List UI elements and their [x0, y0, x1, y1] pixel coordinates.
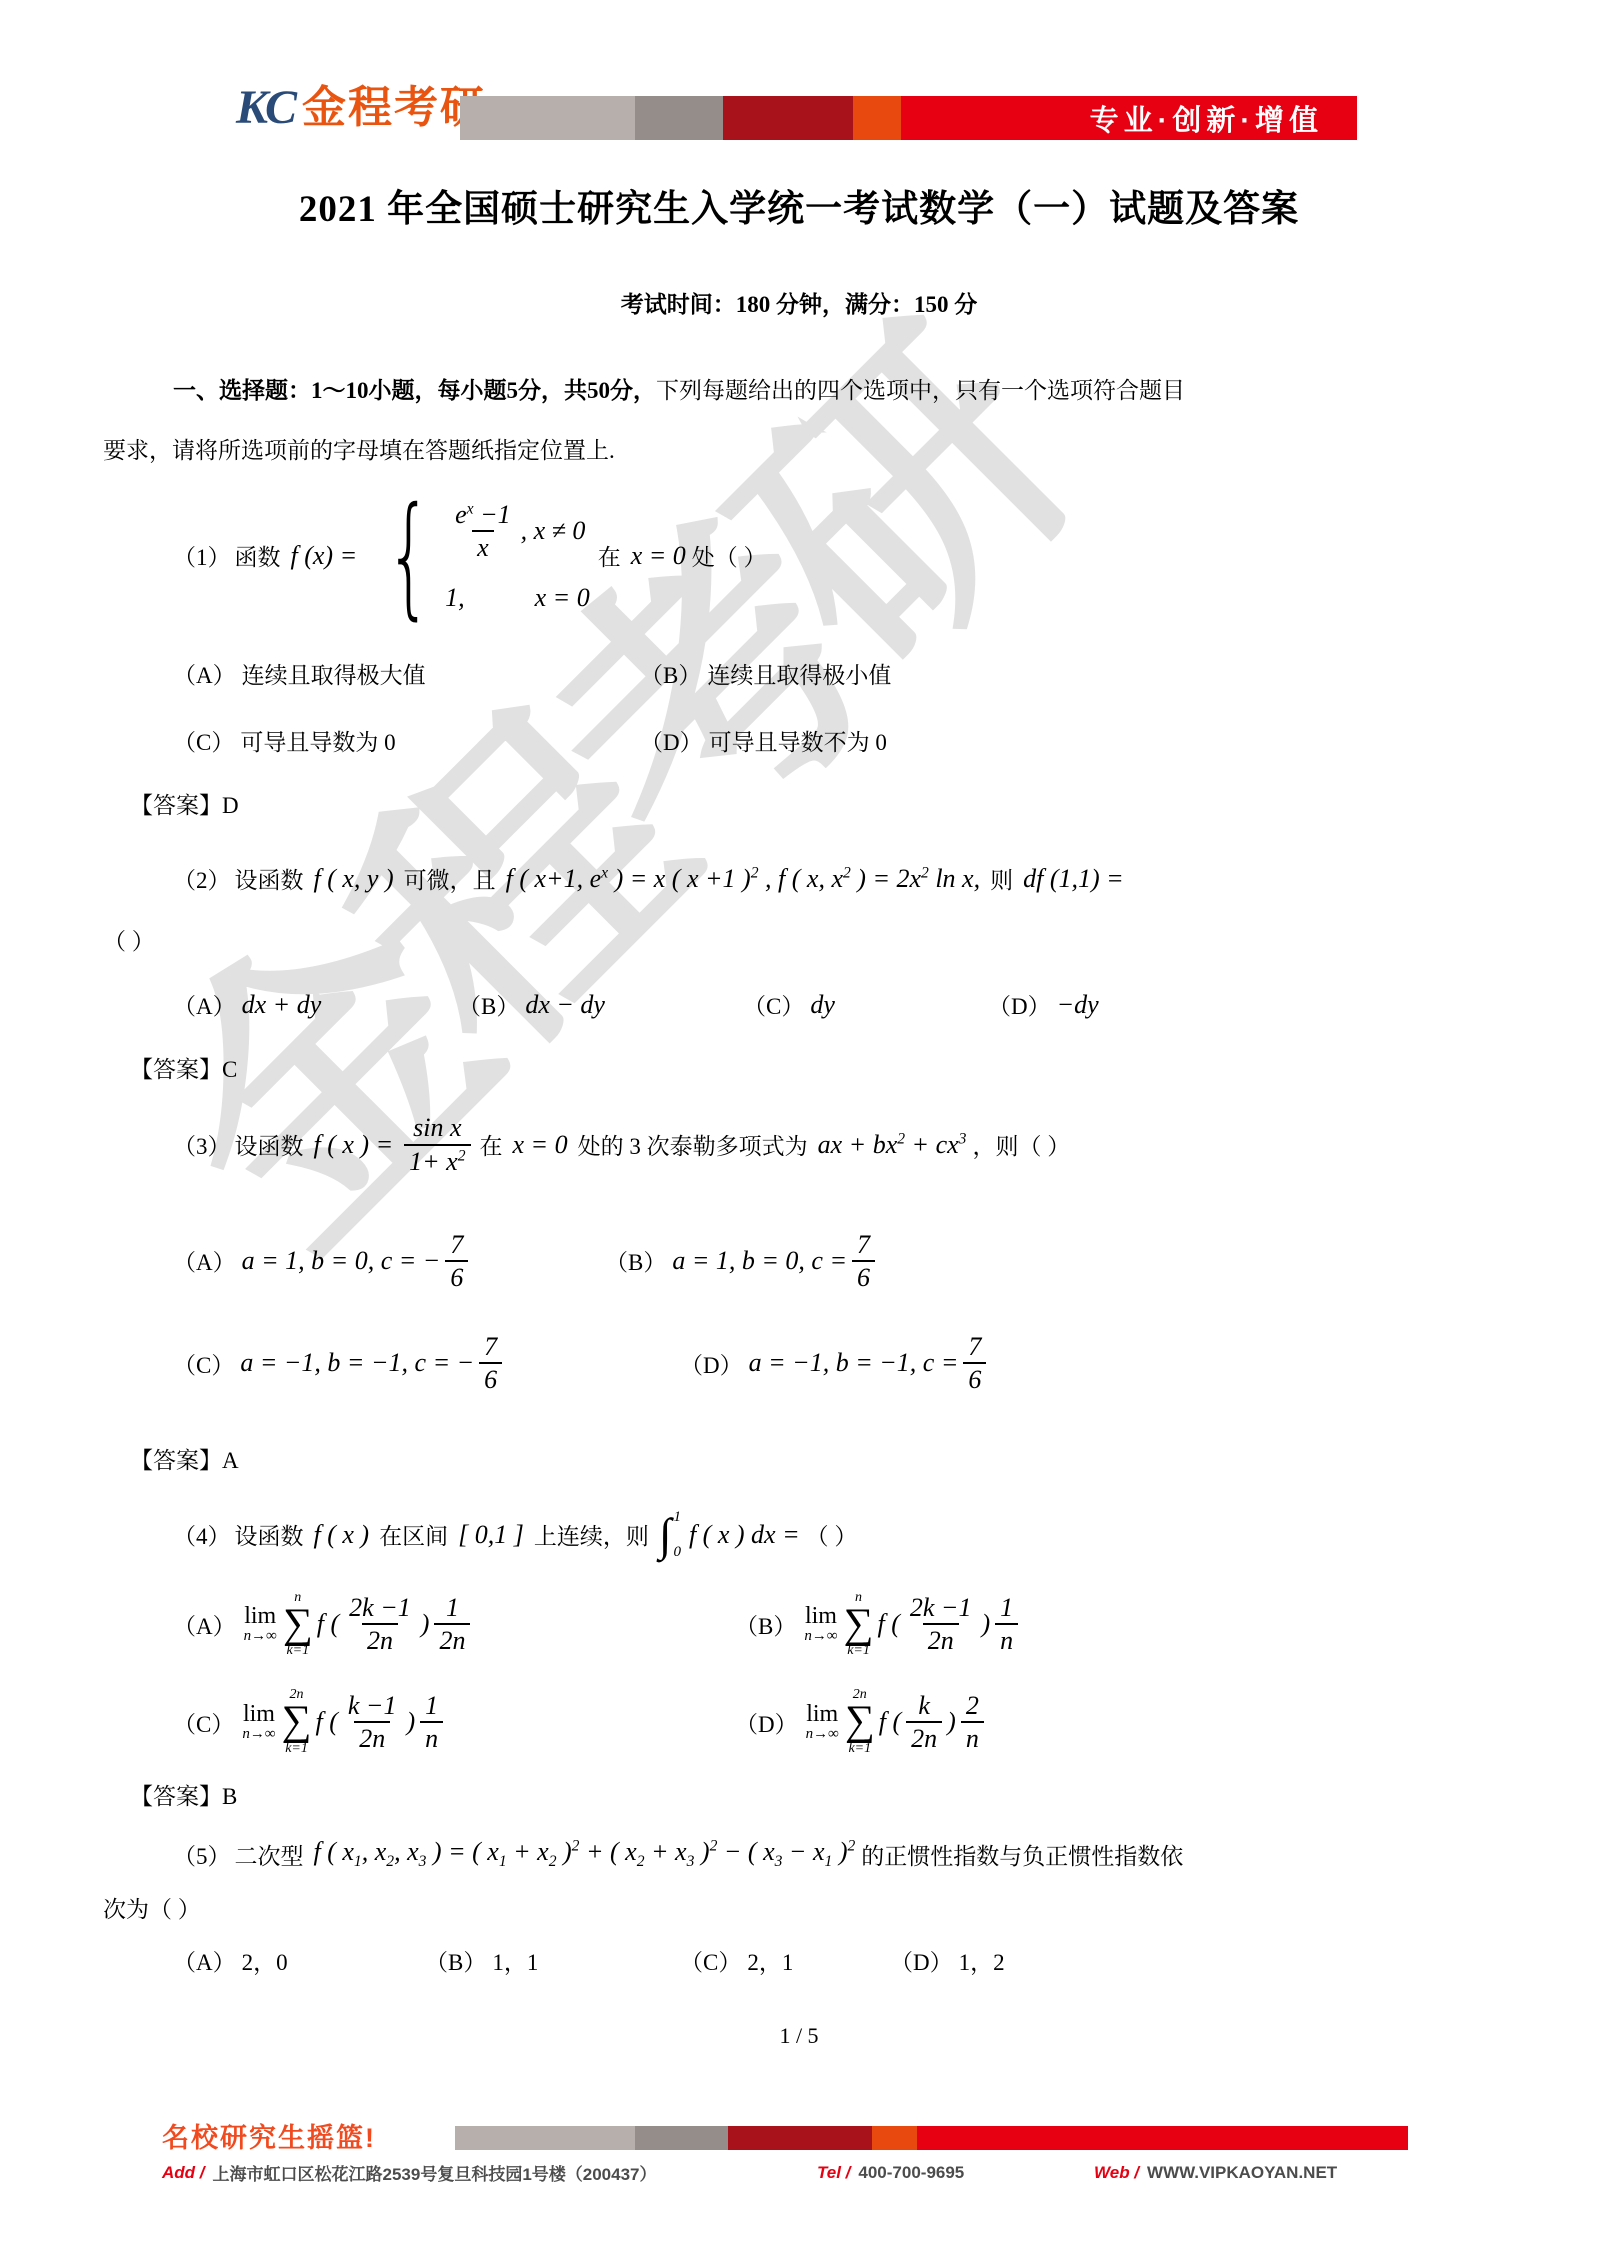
- web-label: Web /: [1094, 2163, 1139, 2183]
- banner-segment-red: [917, 2126, 1408, 2150]
- banner-segment-gray: [635, 96, 723, 140]
- header-banner: 专业·创新·增值: [460, 96, 1357, 140]
- fraction: 2k −12n: [344, 1592, 416, 1656]
- q1-options-row2: （C）可导且导数为 0 （D）可导且导数不为 0: [103, 724, 1495, 757]
- option-d: （D）可导且导数不为 0: [640, 724, 1495, 757]
- q2-continuation: （ ）: [103, 923, 1495, 956]
- question-2: （2） 设函数 f ( x, y ) 可微，且 f ( x+1, ex ) = …: [103, 862, 1495, 895]
- q5-options: （A）2，0 （B）1，1 （C）2，1 （D）1，2: [103, 1944, 1495, 1977]
- q3-options-row2: （C）a = −1, b = −1, c = −76 （D）a = −1, b …: [103, 1331, 1495, 1395]
- option-b: （B）a = 1, b = 0, c =76: [605, 1229, 1495, 1293]
- answer-letter: D: [222, 793, 239, 818]
- option-d: （D）1，2: [890, 1944, 1495, 1977]
- piecewise-function: { ex −1 x , x ≠ 0 1, x = 0: [367, 497, 590, 616]
- banner-segment-gray: [635, 2126, 728, 2150]
- banner-segment-red: 专业·创新·增值: [901, 96, 1357, 140]
- option-d: （D）a = −1, b = −1, c =76: [680, 1331, 1495, 1395]
- q4-options-row2: （C） limn→∞ 2n∑k=1 f ( k −12n ) 1n （D） li…: [103, 1688, 1495, 1756]
- limit: limn→∞: [244, 1604, 277, 1645]
- q5-continuation: 次为（ ）: [103, 1891, 1495, 1924]
- brand-name: 金程考研: [302, 86, 486, 130]
- fraction: sin x 1+ x2: [404, 1112, 470, 1176]
- brand-logo: KC 金程考研: [236, 84, 486, 132]
- brand-slogan: 专业·创新·增值: [1090, 98, 1357, 139]
- option-b: （B）连续且取得极小值: [640, 657, 1495, 690]
- web-value: WWW.VIPKAOYAN.NET: [1147, 2163, 1337, 2183]
- address-label: Add /: [162, 2163, 205, 2183]
- option-a: （A）连续且取得极大值: [173, 657, 640, 690]
- page-number: 1 / 5: [103, 2023, 1495, 2049]
- fraction: k2n: [906, 1690, 942, 1754]
- q1-options-row1: （A）连续且取得极大值 （B）连续且取得极小值: [103, 657, 1495, 690]
- question-number: （4）: [173, 1518, 231, 1551]
- limit: limn→∞: [804, 1604, 837, 1645]
- tel-label: Tel /: [817, 2163, 850, 2183]
- brace: {: [386, 497, 432, 616]
- option-b: （B）1，1: [425, 1944, 680, 1977]
- summation: 2n∑k=1: [282, 1688, 312, 1756]
- fraction: 2k −12n: [905, 1592, 977, 1656]
- summation: 2n∑k=1: [845, 1688, 875, 1756]
- fraction: 76: [852, 1229, 875, 1293]
- option-d: （D） limn→∞ 2n∑k=1 f ( k2n ) 2n: [735, 1688, 1495, 1756]
- banner-segment-dark-red: [723, 96, 853, 140]
- footer-banner: [455, 2126, 1408, 2150]
- fraction: 1n: [995, 1592, 1018, 1656]
- option-c: （C）可导且导数为 0: [173, 724, 640, 757]
- fraction: 76: [479, 1331, 502, 1395]
- q1-answer: 【答案】D: [103, 787, 1495, 820]
- option-a: （A）2，0: [173, 1944, 425, 1977]
- document-body: 2021 年全国硕士研究生入学统一考试数学（一）试题及答案 考试时间：180 分…: [103, 0, 1495, 2071]
- option-c: （C） limn→∞ 2n∑k=1 f ( k −12n ) 1n: [173, 1688, 735, 1756]
- option-d: （D）−dy: [988, 988, 1495, 1021]
- fraction: 76: [963, 1331, 986, 1395]
- kc-logo-icon: KC: [236, 84, 294, 132]
- option-a: （A）dx + dy: [173, 988, 458, 1021]
- fraction: k −12n: [343, 1690, 402, 1754]
- address-group: Add / 上海市虹口区松花江路2539号复旦科技园1号楼（200437）: [162, 2160, 817, 2185]
- footer: 名校研究生摇篮! Add / 上海市虹口区松花江路2539号复旦科技园1号楼（2…: [0, 2112, 1600, 2222]
- question-number: （1）: [173, 539, 231, 572]
- q2-options: （A）dx + dy （B）dx − dy （C）dy （D）−dy: [103, 988, 1495, 1021]
- summation: n∑k=1: [283, 1591, 313, 1659]
- question-4: （4） 设函数 f ( x ) 在区间 [ 0,1 ] 上连续，则 ∫ 10 f…: [103, 1509, 1495, 1561]
- option-c: （C）2，1: [680, 1944, 890, 1977]
- fraction: 2n: [961, 1690, 984, 1754]
- summation: n∑k=1: [844, 1591, 874, 1659]
- option-a: （A） limn→∞ n∑k=1 f ( 2k −12n ) 12n: [173, 1591, 735, 1659]
- integral: ∫ 10: [659, 1509, 681, 1561]
- option-c: （C）a = −1, b = −1, c = −76: [173, 1331, 680, 1395]
- intro-line2: 要求，请将所选项前的字母填在答题纸指定位置上.: [103, 421, 1495, 481]
- banner-segment-gray-light: [460, 96, 635, 140]
- answer-letter: A: [222, 1448, 239, 1473]
- q4-options-row1: （A） limn→∞ n∑k=1 f ( 2k −12n ) 12n （B） l…: [103, 1591, 1495, 1659]
- tel-value: 400-700-9695: [858, 2163, 964, 2183]
- question-3: （3） 设函数 f ( x ) = sin x 1+ x2 在 x = 0 处的…: [103, 1112, 1495, 1176]
- intro-line1: 一、选择题：1～10小题，每小题5分，共50分，下列每题给出的四个选项中，只有一…: [103, 361, 1495, 421]
- footer-slogan: 名校研究生摇篮!: [162, 2116, 376, 2155]
- question-1: （1） 函数 f (x) = { ex −1 x , x ≠ 0 1,: [103, 497, 1495, 616]
- section-heading: 一、选择题：1～10小题，每小题5分，共50分，下列每题给出的四个选项中，只有一…: [103, 361, 1495, 481]
- web-group: Web / WWW.VIPKAOYAN.NET: [1094, 2160, 1337, 2185]
- question-number: （5）: [173, 1838, 231, 1871]
- fraction: ex −1 x: [450, 499, 516, 563]
- q3-answer: 【答案】A: [103, 1442, 1495, 1475]
- banner-segment-orange: [872, 2126, 917, 2150]
- question-5: （5） 二次型 f ( x1, x2, x3 ) = ( x1 + x2 )2 …: [103, 1837, 1495, 1871]
- option-b: （B） limn→∞ n∑k=1 f ( 2k −12n ) 1n: [735, 1591, 1495, 1659]
- exam-page: 金程考研 KC 金程考研 专业·创新·增值 2021 年全国硕士研究生入学统一考…: [0, 0, 1600, 2263]
- limit: limn→∞: [806, 1702, 839, 1743]
- answer-letter: C: [222, 1057, 237, 1082]
- q2-answer: 【答案】C: [103, 1051, 1495, 1084]
- fraction: 76: [445, 1229, 468, 1293]
- q4-answer: 【答案】B: [103, 1778, 1495, 1811]
- header: KC 金程考研 专业·创新·增值: [0, 92, 1600, 144]
- q3-options-row1: （A）a = 1, b = 0, c = −76 （B）a = 1, b = 0…: [103, 1229, 1495, 1293]
- question-number: （2）: [173, 862, 231, 895]
- address-value: 上海市虹口区松花江路2539号复旦科技园1号楼（200437）: [213, 2160, 657, 2185]
- banner-segment-dark-red: [728, 2126, 872, 2150]
- banner-segment-gray-light: [455, 2126, 635, 2150]
- limit: limn→∞: [242, 1702, 275, 1743]
- exam-meta: 考试时间：180 分钟，满分：150 分: [103, 286, 1495, 319]
- option-a: （A）a = 1, b = 0, c = −76: [173, 1229, 605, 1293]
- option-b: （B）dx − dy: [458, 988, 743, 1021]
- fraction: 1n: [420, 1690, 443, 1754]
- answer-letter: B: [222, 1784, 237, 1809]
- question-number: （3）: [173, 1128, 231, 1161]
- option-c: （C）dy: [743, 988, 988, 1021]
- page-title: 2021 年全国硕士研究生入学统一考试数学（一）试题及答案: [103, 178, 1495, 232]
- banner-segment-orange: [853, 96, 901, 140]
- footer-contact: Add / 上海市虹口区松花江路2539号复旦科技园1号楼（200437） Te…: [162, 2160, 1412, 2185]
- tel-group: Tel / 400-700-9695: [817, 2160, 1094, 2185]
- fraction: 12n: [434, 1592, 470, 1656]
